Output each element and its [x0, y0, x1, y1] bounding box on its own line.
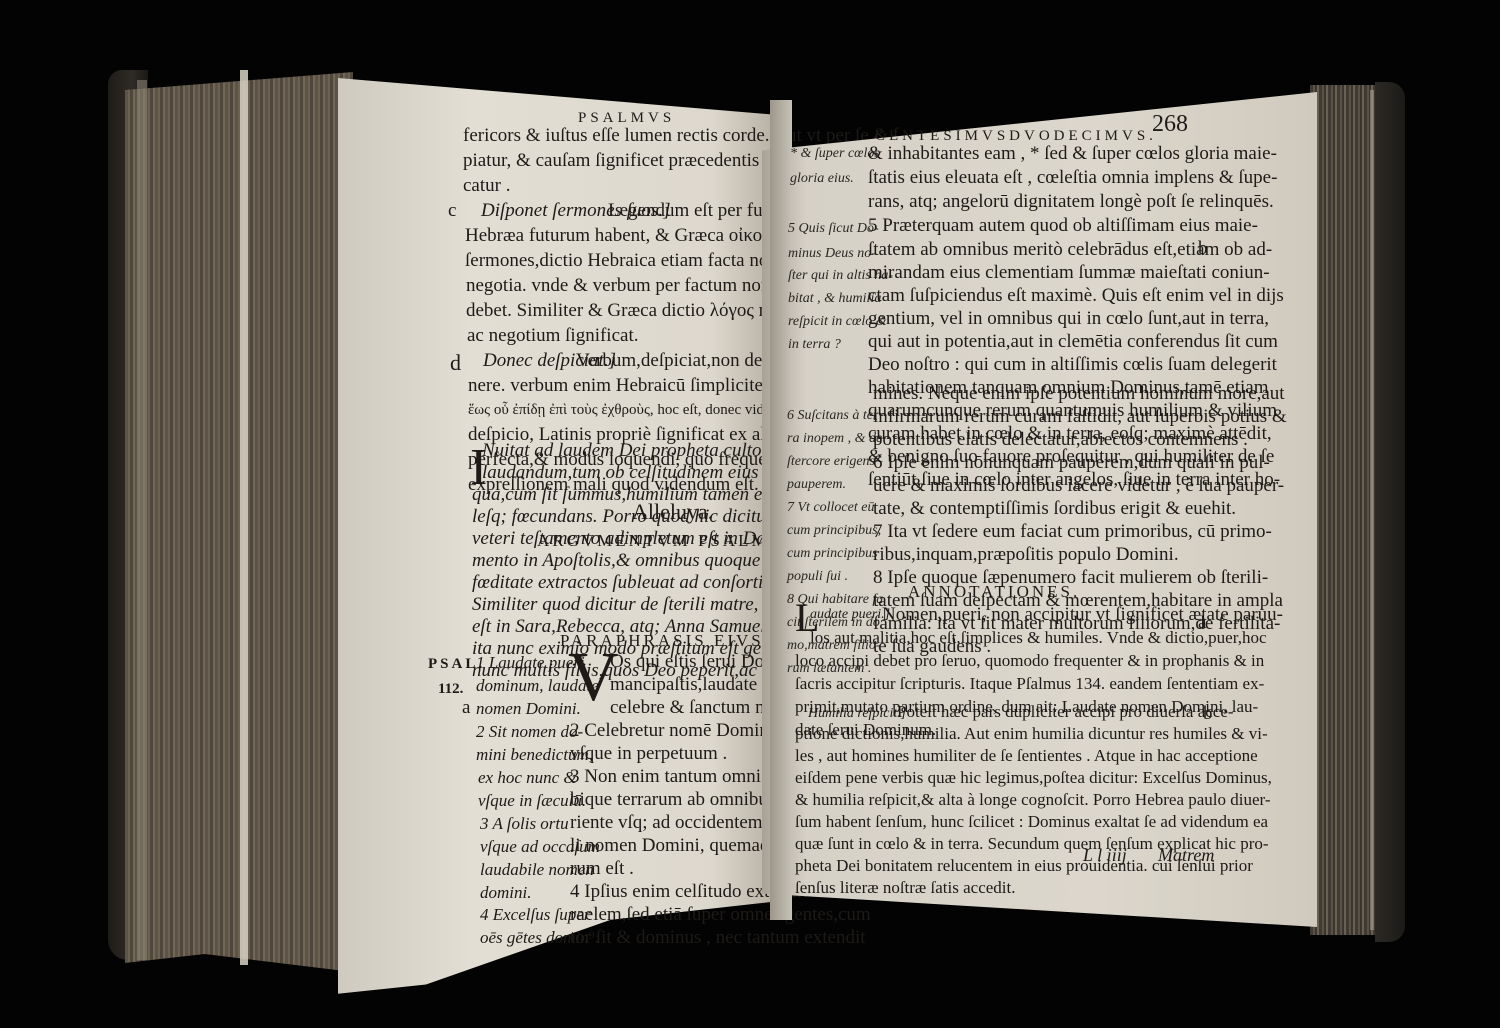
right-edge-highlight: [1370, 90, 1374, 930]
margin-letter-a: a: [462, 697, 470, 719]
margin-letter-a: a: [1198, 612, 1206, 634]
note-letter: c: [448, 200, 456, 222]
right-cover: [1375, 82, 1405, 942]
note-letter: d: [450, 350, 461, 376]
margin-letter-b: b: [1198, 238, 1208, 260]
annotation-lemma: audate pueri.]: [810, 603, 890, 628]
left-edge-highlight: [240, 70, 248, 965]
book-photo: PSALMVS fericors & iuſtus eſſe lumen rec…: [0, 0, 1500, 1028]
left-page-block-edge: [125, 72, 353, 972]
annotations-heading: ANNOTATIONES.: [908, 580, 1080, 605]
page-number: 268: [1152, 112, 1188, 137]
margin-letter-b: b: [1203, 703, 1213, 725]
left-edge-shadow: [137, 80, 147, 960]
signature-mark: L l iiij: [1083, 843, 1127, 868]
catchword: Matrem: [1158, 843, 1214, 868]
